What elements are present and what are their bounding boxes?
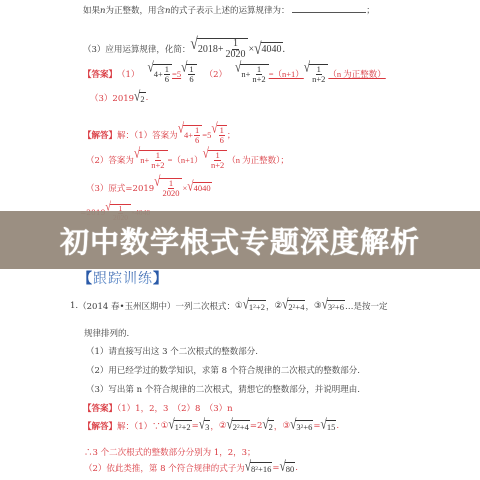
problem-1-q3: （3）写出第 n 个符合规律的二次根式，猜想它的整数部分，并说明理由. <box>86 383 360 395</box>
sqrt: √16 <box>181 64 197 83</box>
solution-line-1: 【解答】 解：（1）答案为 √4+16 =5 √16 ； <box>83 125 235 144</box>
problem-1-solution-1: 【解答】 解：（1）∵ ① √12+2 = √3， ② √22+4 =2 √2，… <box>83 420 339 432</box>
math-expression: √12020 × √4040 <box>154 178 211 197</box>
text: 解：（1）∵ <box>117 420 161 432</box>
radical-icon: √ <box>226 419 232 433</box>
fraction: 12020 <box>161 179 180 197</box>
text: 为正整数，用含 <box>106 6 166 16</box>
solution-tag: 【解答】 <box>83 129 117 141</box>
answer-tag: 【答案】 <box>83 68 117 80</box>
sqrt: √2 <box>134 92 146 103</box>
math-expression: √4+16 =5 √16 <box>147 64 196 83</box>
radical-icon: √ <box>190 35 197 63</box>
fraction: 16 <box>194 126 200 144</box>
sqrt: √3 <box>199 420 211 431</box>
fraction: 1n+2 <box>150 151 165 169</box>
term: n+ <box>241 69 250 79</box>
sqrt: √12020 <box>154 178 182 197</box>
denominator: 2020 <box>161 189 180 198</box>
text: ； <box>366 6 375 16</box>
circled-3-icon: ③ <box>282 421 290 431</box>
radical-icon: √ <box>203 148 209 172</box>
answer-part3: （3）2019 √2 . <box>90 92 148 104</box>
radical-icon: √ <box>168 419 174 433</box>
math-expression: √n+1n+2 =（n+1） √1n+2 （n 为正整数） <box>235 64 386 83</box>
equals: =（n+1） <box>168 154 203 166</box>
sqrt: √16 <box>211 125 227 144</box>
text: …是按一定 <box>345 300 388 312</box>
sqrt: √12+2 <box>168 420 191 431</box>
text: 解：（1）答案为 <box>117 129 178 141</box>
radical-icon: √ <box>254 41 261 58</box>
sqrt: √ 2018+ 12020 <box>190 38 248 60</box>
sqrt: √1n+2 <box>203 150 228 169</box>
denominator: n+2 <box>150 161 165 170</box>
denominator: 6 <box>219 136 225 145</box>
period: . <box>146 93 149 103</box>
answer-line: 【答案】 （1） √4+16 =5 √16 （2） √n+1n+2 =（n+1）… <box>83 64 386 83</box>
fraction: 1n+2 <box>210 151 225 169</box>
radical-icon: √ <box>322 299 328 313</box>
question-line-rule: 如果n为正整数，用含n的式子表示上述的运算规律为： ； <box>83 4 375 16</box>
radical-icon: √ <box>154 176 160 200</box>
problem-number: 1. <box>70 301 78 311</box>
equals: =5 <box>172 69 181 79</box>
denominator: n+2 <box>311 75 326 84</box>
problem-1-q2: （2）用已经学过的数学知识，求第 8 个符合规律的二次根式的整数部分. <box>86 364 360 376</box>
section-title: 跟踪训练 <box>93 271 153 287</box>
circled-3-icon: ③ <box>314 301 322 311</box>
term: 4+ <box>184 130 193 140</box>
sqrt: √32+6 <box>322 300 345 311</box>
part-label: （2） <box>205 68 227 80</box>
fraction: 16 <box>219 126 225 144</box>
title-banner: 初中数学根式专题深度解析 <box>0 211 480 269</box>
section-heading: 【跟踪训练】 <box>78 268 168 288</box>
radical-icon: √ <box>321 419 327 433</box>
circled-1-icon: ① <box>161 421 169 431</box>
radical-icon: √ <box>282 299 288 313</box>
question-3: （3）应用运算规律，化简： √ 2018+ 12020 × √4040 . <box>83 38 285 60</box>
answer-text: （1）1，2，3 （2）8 （3）n <box>117 404 233 414</box>
sqrt: √80 <box>279 462 295 473</box>
part-label: （1） <box>117 68 139 80</box>
banner-title: 初中数学根式专题深度解析 <box>60 220 420 261</box>
radical-icon: √ <box>245 461 251 475</box>
term: n+ <box>140 155 149 165</box>
circled-1-icon: ① <box>235 301 243 311</box>
equals: =5 <box>202 130 211 140</box>
sqrt: √22+4 <box>226 420 249 431</box>
radical-icon: √ <box>181 62 187 86</box>
note: （n 为正整数） <box>328 68 385 80</box>
bracket: 】 <box>153 271 168 287</box>
radical-icon: √ <box>178 123 184 147</box>
problem-1-answer: 【答案】（1）1，2，3 （2）8 （3）n <box>83 402 233 414</box>
fraction: 16 <box>164 65 170 83</box>
fraction: 12020 <box>224 39 246 60</box>
radical-icon: √ <box>147 62 153 86</box>
solution-tag: 【解答】 <box>83 420 117 432</box>
answer-tag: 【答案】 <box>83 404 117 414</box>
sqrt: √2 <box>262 420 274 431</box>
radical-icon: √ <box>211 123 217 147</box>
note: （n 为正整数）； <box>227 154 289 166</box>
fraction: 1n+2 <box>251 65 266 83</box>
question-label: （3）应用运算规律，化简： <box>83 43 190 55</box>
text: 如果 <box>83 6 100 16</box>
problem-1-stem: 1. （2014 春•玉州区期中）一列二次根式： ① √12+2， ② √22+… <box>70 300 387 312</box>
denominator: 2020 <box>224 50 246 60</box>
text: （2014 春•玉州区期中）一列二次根式： <box>78 300 235 312</box>
term: 4+ <box>154 69 163 79</box>
problem-1-line2: 规律排列的. <box>84 327 129 339</box>
radical-icon: √ <box>134 148 140 172</box>
bracket: 【 <box>78 271 93 287</box>
radical-icon: √ <box>262 419 268 433</box>
solution-line-3: （3）原式=2019 √12020 × √4040 <box>86 178 212 197</box>
answer-blank[interactable] <box>292 4 366 13</box>
text: （2）依此类推，第 8 个符合规律的式子为 <box>84 462 245 474</box>
radical-icon: √ <box>290 419 296 433</box>
radical-icon: √ <box>199 419 205 433</box>
denominator: n+2 <box>251 75 266 84</box>
denominator: 6 <box>164 75 170 84</box>
fraction: 16 <box>188 65 194 83</box>
problem-1-q1: （1）请直接写出这 3 个二次根式的整数部分. <box>86 345 258 357</box>
radical-icon: √ <box>134 91 140 105</box>
period: . <box>283 44 286 55</box>
sqrt: √12+2 <box>243 300 266 311</box>
sqrt: √4040 <box>254 42 282 56</box>
text: 的式子表示上述的运算规律为： <box>171 6 290 16</box>
text: （3）2019 <box>90 92 134 104</box>
sqrt: √1n+2 <box>304 64 329 83</box>
math-expression: √ 2018+ 12020 × √4040 . <box>190 38 285 60</box>
radical-icon: √ <box>187 180 193 194</box>
radical-icon: √ <box>243 299 249 313</box>
text: （3）原式=2019 <box>86 182 154 194</box>
sqrt: √32+6 <box>290 420 313 431</box>
radical-icon: √ <box>279 461 285 475</box>
problem-1-solution-3: （2）依此类推，第 8 个符合规律的式子为 √82+16 = √80 . <box>84 462 298 474</box>
math-expression: √n+1n+2 =（n+1） √1n+2 （n 为正整数）； <box>134 150 289 169</box>
circled-2-icon: ② <box>219 421 227 431</box>
denominator: 6 <box>188 75 194 84</box>
problem-1-solution-2: ∴3 个二次根式的整数部分分别为 1，2，3； <box>84 446 256 458</box>
sqrt: √22+4 <box>282 300 305 311</box>
radical-icon: √ <box>235 62 241 86</box>
sqrt: √15 <box>321 420 337 431</box>
denominator: n+2 <box>210 161 225 170</box>
circled-2-icon: ② <box>274 301 282 311</box>
equals: =（n+1） <box>269 68 304 80</box>
sqrt: √4+16 <box>147 64 172 83</box>
text: （2）答案为 <box>86 154 134 166</box>
sqrt: √4040 <box>187 182 211 193</box>
text: ； <box>227 129 236 141</box>
fraction: 1n+2 <box>311 65 326 83</box>
term: 2018+ <box>198 44 224 55</box>
solution-line-2: （2）答案为 √n+1n+2 =（n+1） √1n+2 （n 为正整数）； <box>86 150 289 169</box>
sqrt: √4+16 <box>178 125 203 144</box>
denominator: 6 <box>194 136 200 145</box>
sqrt: √n+1n+2 <box>235 64 269 83</box>
math-expression: √4+16 =5 √16 ； <box>178 125 236 144</box>
sqrt: √82+16 <box>245 462 273 473</box>
radical-icon: √ <box>304 62 310 86</box>
sqrt: √n+1n+2 <box>134 150 168 169</box>
